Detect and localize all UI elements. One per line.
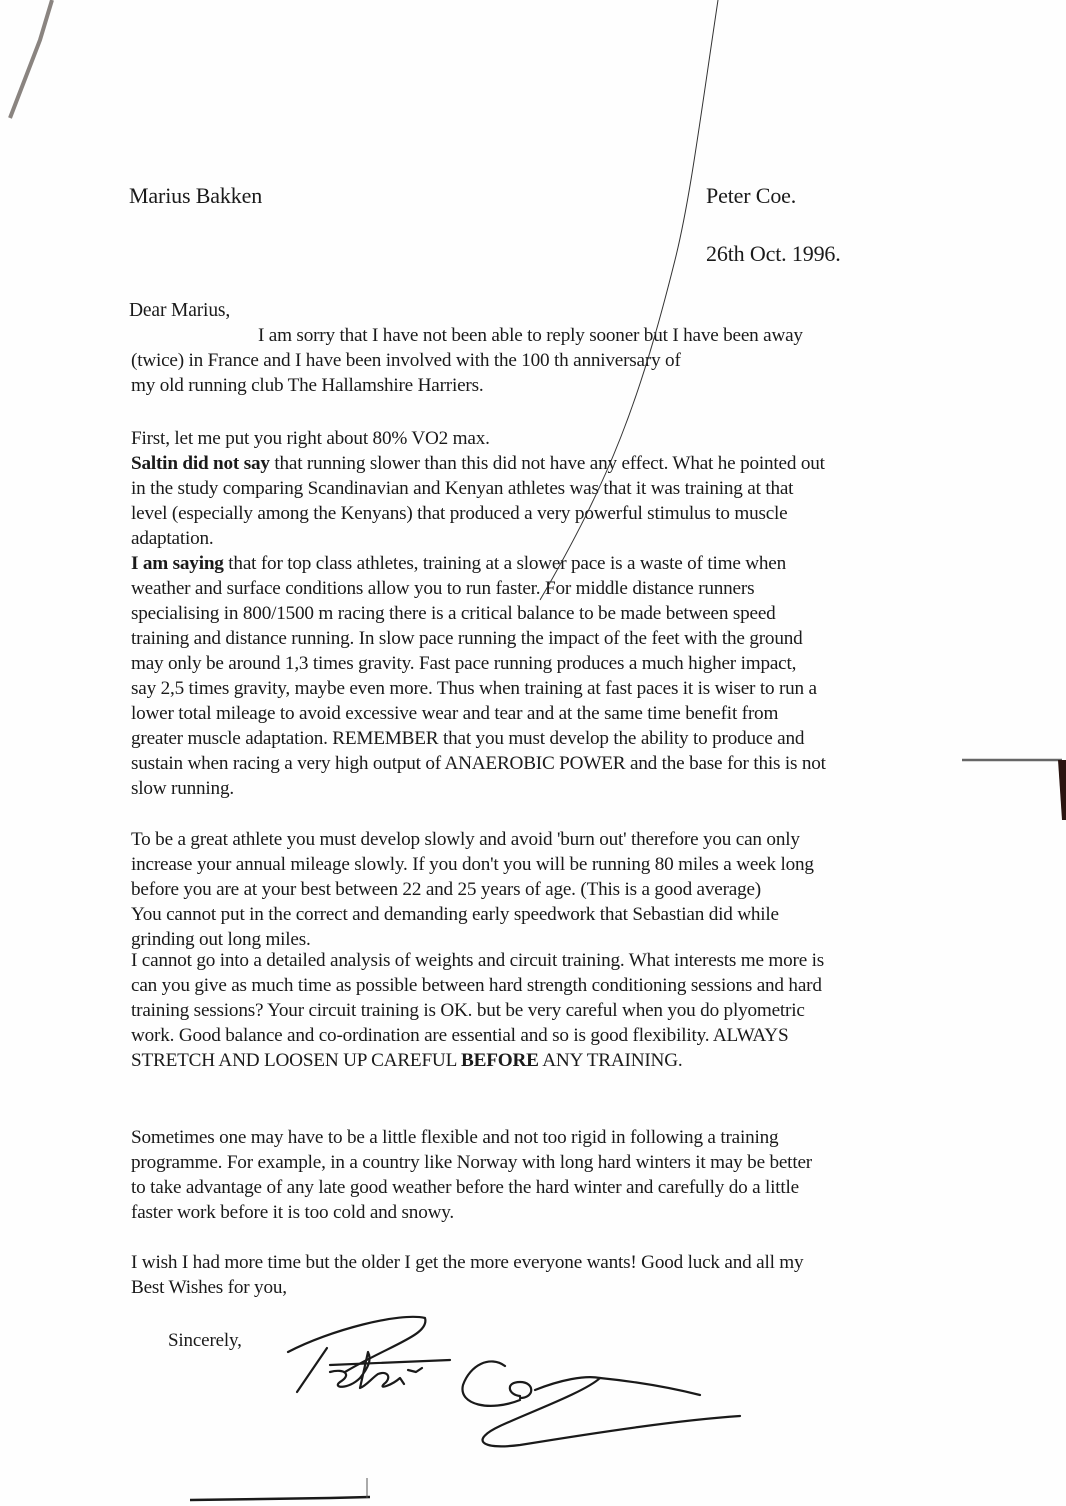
paragraph-flexibility: Sometimes one may have to be a little fl…: [131, 1125, 812, 1225]
paragraph-line: training and distance running. In slow p…: [131, 626, 826, 651]
paragraph-text: that for top class athletes, training at…: [224, 553, 786, 574]
paragraph-text: STRETCH AND LOOSEN UP CAREFUL: [131, 1050, 461, 1071]
paragraph-line: Sometimes one may have to be a little fl…: [131, 1125, 812, 1150]
paragraph-line: Best Wishes for you,: [131, 1275, 803, 1300]
emphasis-text: BEFORE: [461, 1050, 539, 1071]
paragraph-text: that running slower than this did not ha…: [270, 453, 825, 474]
paragraph-line: may only be around 1,3 times gravity. Fa…: [131, 651, 826, 676]
paragraph-line: weather and surface conditions allow you…: [131, 576, 826, 601]
paragraph-line: I cannot go into a detailed analysis of …: [131, 948, 824, 973]
paragraph-line: programme. For example, in a country lik…: [131, 1150, 812, 1175]
paragraph-line: faster work before it is too cold and sn…: [131, 1200, 812, 1225]
paragraph-development: To be a great athlete you must develop s…: [131, 827, 814, 952]
paragraph-line: level (especially among the Kenyans) tha…: [131, 501, 826, 526]
paragraph-intro: I am sorry that I have not been able to …: [131, 323, 803, 398]
paragraph-line: specialising in 800/1500 m racing there …: [131, 601, 826, 626]
paragraph-line: STRETCH AND LOOSEN UP CAREFUL BEFORE ANY…: [131, 1048, 824, 1073]
letter-date: 26th Oct. 1996.: [706, 241, 841, 266]
emphasis-text: I am saying: [131, 553, 224, 574]
paragraph-line: You cannot put in the correct and demand…: [131, 902, 814, 927]
paragraph-line: (twice) in France and I have been involv…: [131, 348, 803, 373]
closing-text: Sincerely,: [168, 1328, 242, 1353]
pencil-mark: [10, 0, 52, 118]
paragraph-line: I am sorry that I have not been able to …: [131, 323, 803, 348]
paragraph-line: training sessions? Your circuit training…: [131, 998, 824, 1023]
paragraph-line: increase your annual mileage slowly. If …: [131, 852, 814, 877]
paragraph-line: First, let me put you right about 80% VO…: [131, 426, 826, 451]
paragraph-line: in the study comparing Scandinavian and …: [131, 476, 826, 501]
paragraph-line: before you are at your best between 22 a…: [131, 877, 814, 902]
letter-page: Marius Bakken Peter Coe. 26th Oct. 1996.…: [0, 0, 1066, 1506]
paragraph-vo2max: First, let me put you right about 80% VO…: [131, 426, 826, 801]
paragraph-line: work. Good balance and co-ordination are…: [131, 1023, 824, 1048]
paragraph-line: say 2,5 times gravity, maybe even more. …: [131, 676, 826, 701]
paragraph-line: I am saying that for top class athletes,…: [131, 551, 826, 576]
paragraph-line: Saltin did not say that running slower t…: [131, 451, 826, 476]
salutation: Dear Marius,: [129, 298, 230, 323]
sender-name: Peter Coe.: [706, 183, 796, 208]
paragraph-strength: I cannot go into a detailed analysis of …: [131, 948, 824, 1073]
paragraph-line: To be a great athlete you must develop s…: [131, 827, 814, 852]
recipient-name: Marius Bakken: [129, 183, 262, 208]
paragraph-text: ANY TRAINING.: [539, 1050, 683, 1071]
paragraph-closing-wishes: I wish I had more time but the older I g…: [131, 1250, 803, 1300]
paragraph-line: adaptation.: [131, 526, 826, 551]
paragraph-line: lower total mileage to avoid excessive w…: [131, 701, 826, 726]
paragraph-line: to take advantage of any late good weath…: [131, 1175, 812, 1200]
paragraph-line: I wish I had more time but the older I g…: [131, 1250, 803, 1275]
emphasis-text: Saltin did not say: [131, 453, 270, 474]
paragraph-line: my old running club The Hallamshire Harr…: [131, 373, 803, 398]
paragraph-line: greater muscle adaptation. REMEMBER that…: [131, 726, 826, 751]
paragraph-line: sustain when racing a very high output o…: [131, 751, 826, 776]
paragraph-line: can you give as much time as possible be…: [131, 973, 824, 998]
paragraph-line: slow running.: [131, 776, 826, 801]
